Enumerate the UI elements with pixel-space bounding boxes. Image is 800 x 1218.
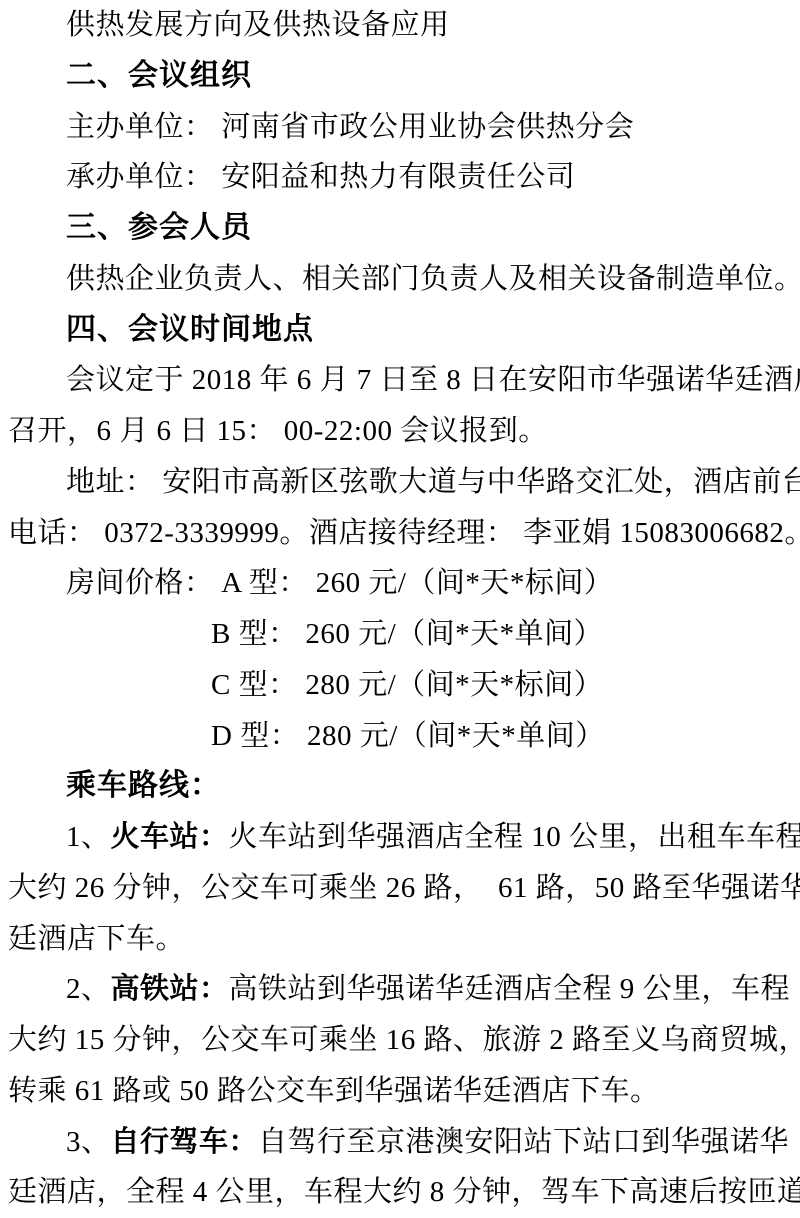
route1-label: 火车站： bbox=[111, 821, 229, 853]
room-price-line-b: B 型： 260 元/（间*天*单间） bbox=[211, 609, 796, 660]
route2-line-1: 2、高铁站：高铁站到华强诺华廷酒店全程 9 公里，车程 bbox=[66, 964, 796, 1015]
route3-label: 自行驾车： bbox=[111, 1126, 259, 1158]
heading-section-time-place: 四、会议时间地点 bbox=[66, 305, 796, 356]
route2-line-2: 大约 15 分钟，公交车可乘坐 16 路、旅游 2 路至义乌商贸城， bbox=[8, 1015, 796, 1066]
room-price-line-c: C 型： 280 元/（间*天*标间） bbox=[211, 660, 796, 711]
route1-line-1: 1、火车站：火车站到华强酒店全程 10 公里，出租车车程 bbox=[66, 812, 796, 863]
document-page: 供热发展方向及供热设备应用 二、会议组织 主办单位： 河南省市政公用业协会供热分… bbox=[0, 0, 800, 1218]
route2-line-3: 转乘 61 路或 50 路公交车到华强诺华廷酒店下车。 bbox=[8, 1066, 796, 1117]
route3-text-1: 自驾行至京港澳安阳站下站口到华强诺华 bbox=[258, 1126, 789, 1158]
heading-section-organization: 二、会议组织 bbox=[66, 51, 796, 102]
route2-number: 2、 bbox=[66, 973, 111, 1005]
route3-line-2: 廷酒店，全程 4 公里，车程大约 8 分钟，驾车下高速后按匝道 bbox=[8, 1167, 796, 1218]
route3-number: 3、 bbox=[66, 1126, 111, 1158]
route1-text-1: 火车站到华强酒店全程 10 公里，出租车车程 bbox=[229, 821, 800, 853]
heading-routes: 乘车路线： bbox=[66, 761, 796, 812]
meeting-time-line-2: 召开，6 月 6 日 15： 00-22:00 会议报到。 bbox=[8, 406, 796, 457]
route1-number: 1、 bbox=[66, 821, 111, 853]
organizer-unit-line: 承办单位： 安阳益和热力有限责任公司 bbox=[66, 152, 796, 203]
route2-label: 高铁站： bbox=[111, 973, 229, 1005]
meeting-time-line-1: 会议定于 2018 年 6 月 7 日至 8 日在安阳市华强诺华廷酒店 bbox=[66, 355, 796, 406]
route2-text-1: 高铁站到华强诺华廷酒店全程 9 公里，车程 bbox=[229, 973, 791, 1005]
route1-line-2: 大约 26 分钟，公交车可乘坐 26 路， 61 路，50 路至华强诺华 bbox=[8, 863, 796, 914]
route3-line-1: 3、自行驾车：自驾行至京港澳安阳站下站口到华强诺华 bbox=[66, 1117, 796, 1168]
host-unit-line: 主办单位： 河南省市政公用业协会供热分会 bbox=[66, 102, 796, 153]
address-line-1: 地址： 安阳市高新区弦歌大道与中华路交汇处，酒店前台 bbox=[66, 457, 796, 508]
route1-line-3: 廷酒店下车。 bbox=[8, 914, 796, 965]
participants-line: 供热企业负责人、相关部门负责人及相关设备制造单位。 bbox=[66, 254, 796, 305]
room-price-line-a: 房间价格： A 型： 260 元/（间*天*标间） bbox=[66, 558, 796, 609]
room-price-line-d: D 型： 280 元/（间*天*单间） bbox=[211, 711, 796, 762]
address-line-2: 电话： 0372-3339999。酒店接待经理： 李亚娟 15083006682… bbox=[8, 508, 796, 559]
intro-line: 供热发展方向及供热设备应用 bbox=[66, 0, 796, 51]
heading-section-participants: 三、参会人员 bbox=[66, 203, 796, 254]
